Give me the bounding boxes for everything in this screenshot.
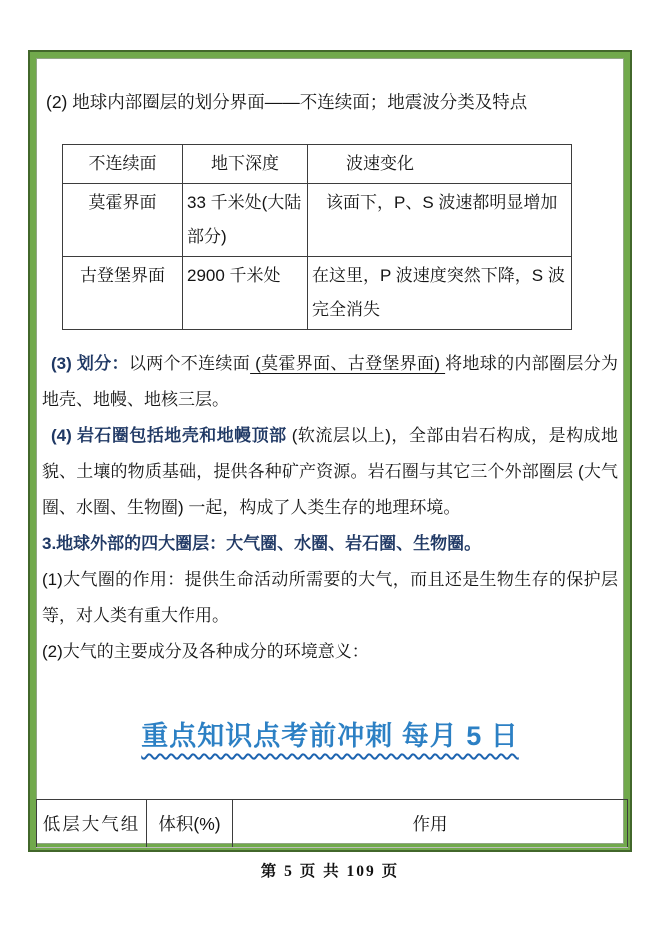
paragraph-atmosphere-role: (1)大气圈的作用：提供生命活动所需要的大气，而且还是生物生存的保护层等，对人类…	[42, 562, 618, 634]
promo-heading: 重点知识点考前冲刺 每月 5 日	[141, 721, 519, 751]
cell-moho-depth: 33 千米处(大陆部分)	[183, 184, 308, 257]
paragraph-atmosphere-components: (2)大气的主要成分及各种成分的环境意义：	[42, 634, 618, 670]
section-2-title: (2) 地球内部圈层的划分界面——不连续面；地震波分类及特点	[46, 90, 620, 114]
page-green-border-frame: (2) 地球内部圈层的划分界面——不连续面；地震波分类及特点 不连续面 地下深度…	[30, 52, 630, 850]
col-header-wave-change: 波速变化	[308, 145, 572, 184]
cell-gutenberg-change: 在这里，P 波速度突然下降，S 波完全消失	[308, 257, 572, 330]
page-content: (2) 地球内部圈层的划分界面——不连续面；地震波分类及特点 不连续面 地下深度…	[36, 90, 624, 848]
cell-gutenberg-depth: 2900 千米处	[183, 257, 308, 330]
atmosphere-table-header-row: 低层大气组 体积(%) 作用	[37, 800, 628, 848]
discontinuity-table: 不连续面 地下深度 波速变化 莫霍界面 33 千米处(大陆部分) 该面下，P、S…	[62, 144, 572, 330]
col-header-function: 作用	[233, 800, 628, 848]
paragraph-3-lead: (3) 划分：	[51, 354, 129, 373]
table-row-moho: 莫霍界面 33 千米处(大陆部分) 该面下，P、S 波速都明显增加	[63, 184, 572, 257]
heading-external-spheres: 3.地球外部的四大圈层：大气圈、水圈、岩石圈、生物圈。	[42, 526, 618, 562]
paragraph-3-body1: 以两个不连续面	[129, 354, 250, 373]
table-row-gutenberg: 古登堡界面 2900 千米处 在这里，P 波速度突然下降，S 波完全消失	[63, 257, 572, 330]
col-header-volume-percent: 体积(%)	[147, 800, 233, 848]
page-number-footer: 第 5 页 共 109 页	[0, 859, 660, 881]
col-header-depth: 地下深度	[183, 145, 308, 184]
document-page: (2) 地球内部圈层的划分界面——不连续面；地震波分类及特点 不连续面 地下深度…	[0, 0, 660, 933]
paragraph-4-lithosphere: (4) 岩石圈包括地壳和地幔顶部 (软流层以上)，全部由岩石构成，是构成地貌、土…	[42, 418, 618, 526]
paragraph-3-underlined: (莫霍界面、古登堡界面)	[250, 354, 445, 373]
table-header-row: 不连续面 地下深度 波速变化	[63, 145, 572, 184]
cell-moho-surface: 莫霍界面	[63, 184, 183, 257]
paragraph-3-division: (3) 划分：以两个不连续面 (莫霍界面、古登堡界面) 将地球的内部圈层分为地壳…	[42, 346, 618, 418]
cell-moho-change: 该面下，P、S 波速都明显增加	[308, 184, 572, 257]
promo-heading-wrap: 重点知识点考前冲刺 每月 5 日	[40, 714, 620, 753]
cell-gutenberg-surface: 古登堡界面	[63, 257, 183, 330]
paragraph-4-lead: (4) 岩石圈包括地壳和地幔顶部	[51, 426, 287, 445]
atmosphere-composition-table: 低层大气组 体积(%) 作用	[36, 799, 628, 848]
col-header-surface: 不连续面	[63, 145, 183, 184]
col-header-low-atmosphere: 低层大气组	[37, 800, 147, 848]
